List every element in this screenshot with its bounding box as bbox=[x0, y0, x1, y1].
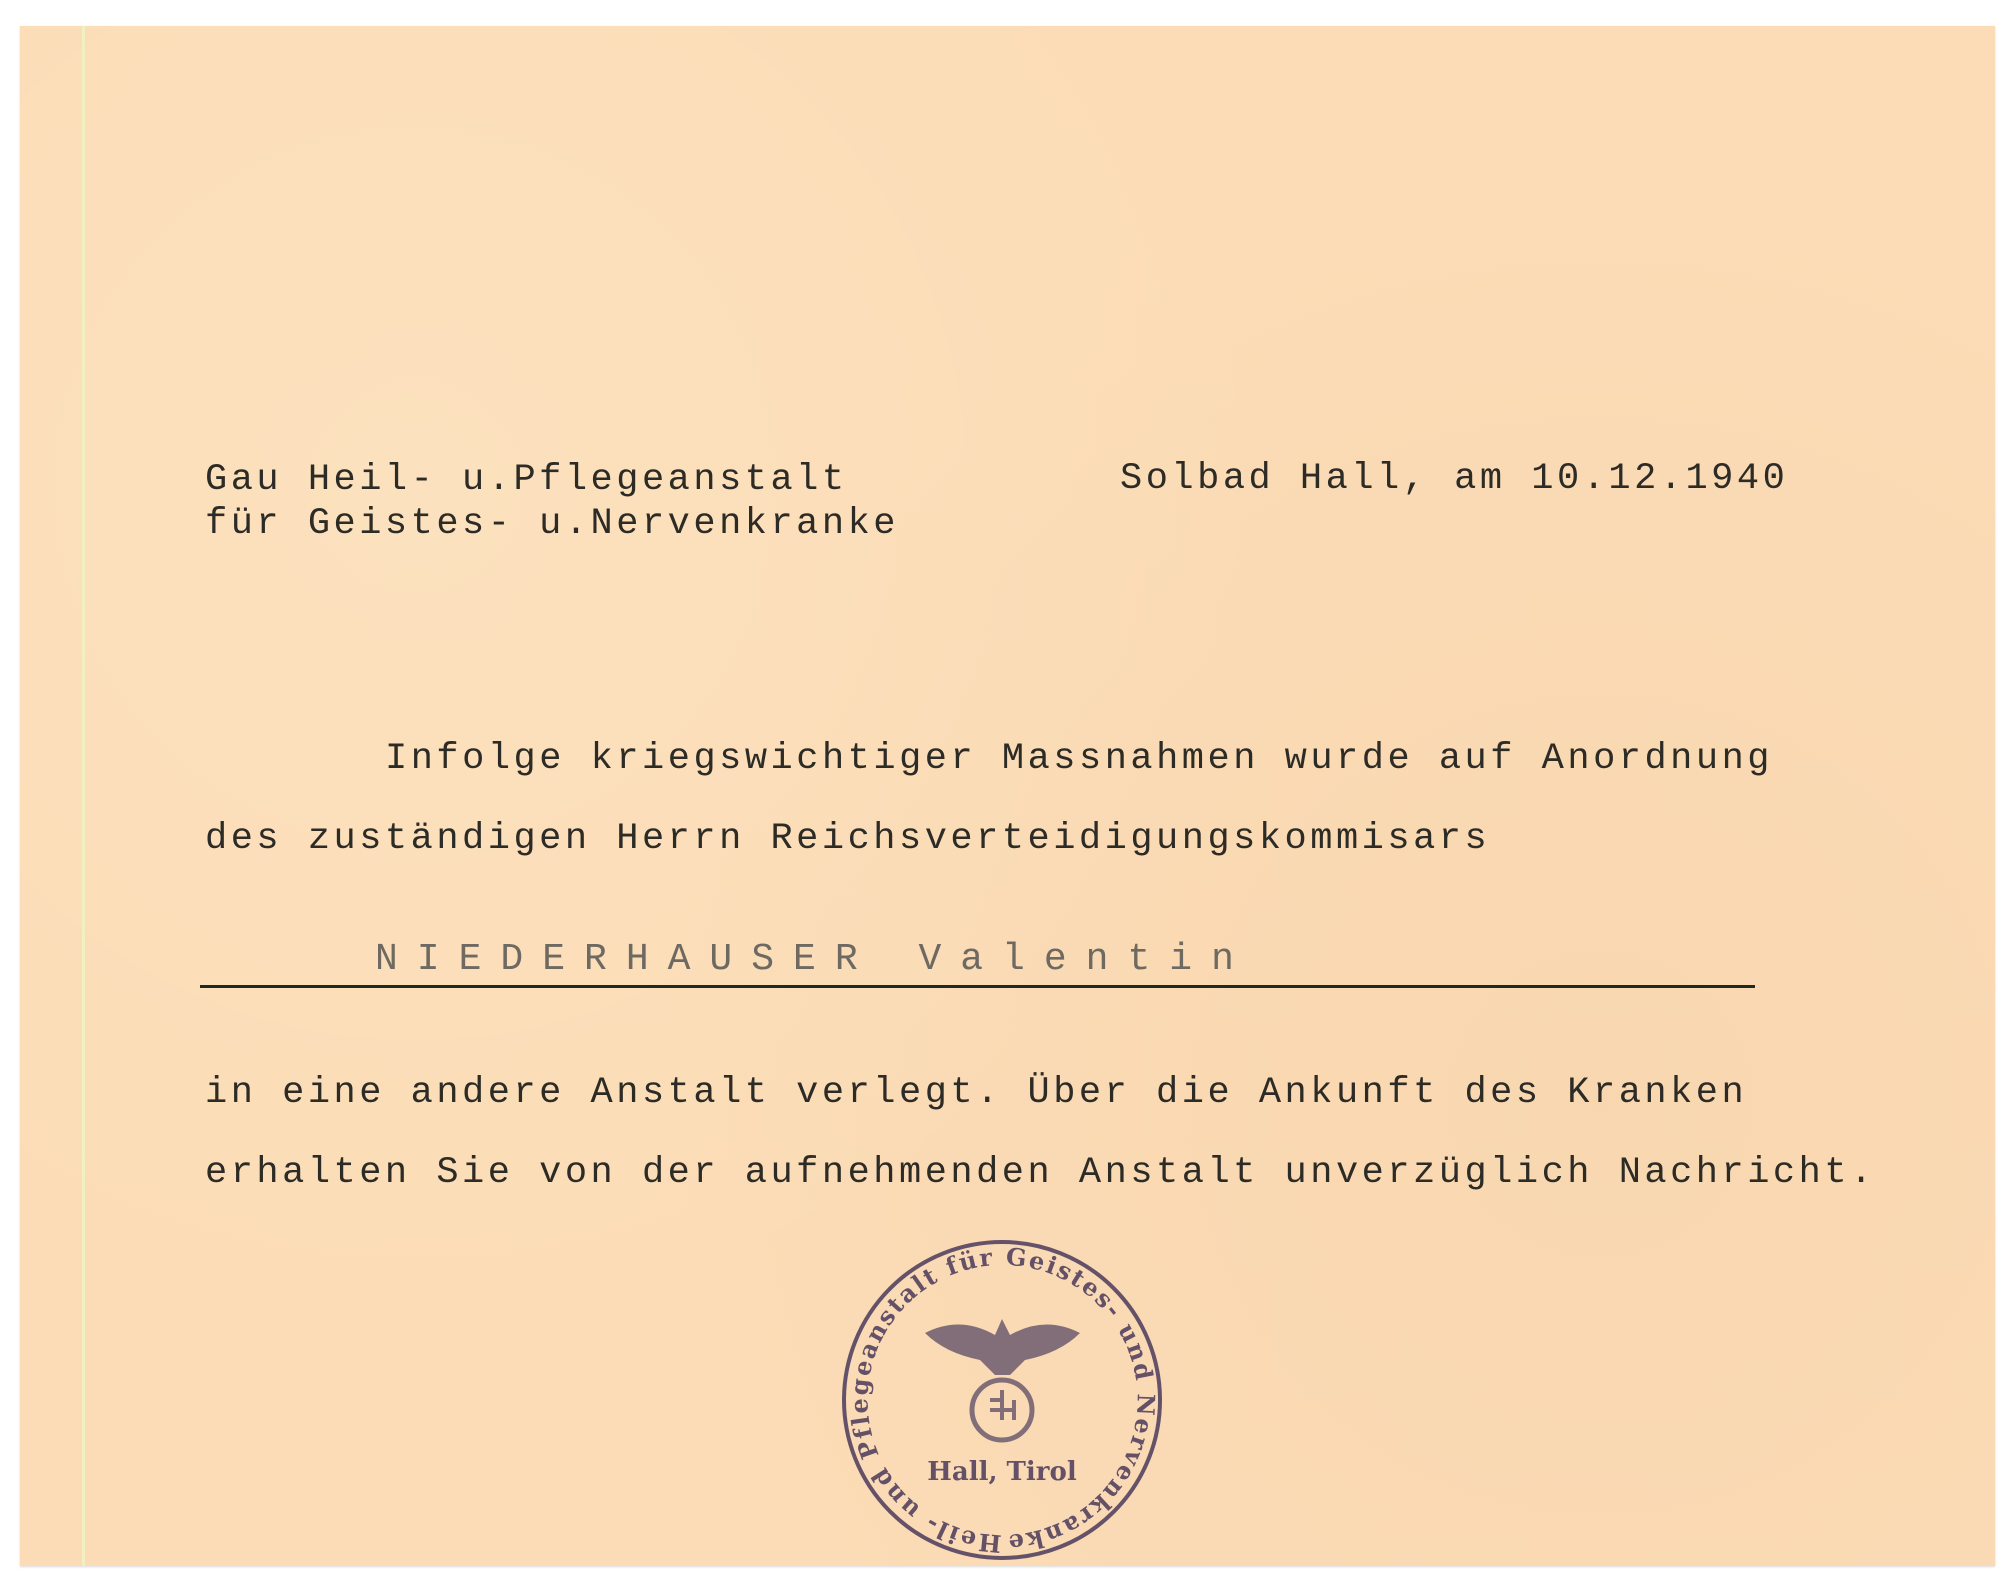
eagle-emblem-icon bbox=[925, 1319, 1080, 1440]
patient-name: NIEDERHAUSER Valentin bbox=[375, 938, 1253, 981]
body-line-1: Infolge kriegswichtiger Massnahmen wurde… bbox=[385, 738, 1773, 780]
sender-block: Gau Heil- u.Pflegeanstaltfür Geistes- u.… bbox=[205, 458, 899, 546]
stamp-seal-icon: Heil- und Pflegeanstalt für Geistes- und… bbox=[830, 1235, 1175, 1565]
svg-text:Hall, Tirol: Hall, Tirol bbox=[927, 1457, 1077, 1487]
official-stamp: Heil- und Pflegeanstalt für Geistes- und… bbox=[830, 1235, 1175, 1565]
body-line-2: des zuständigen Herrn Reichsverteidigung… bbox=[205, 818, 1490, 860]
margin-line bbox=[82, 26, 85, 1566]
body-line-4: erhalten Sie von der aufnehmenden Anstal… bbox=[205, 1152, 1876, 1194]
place-date: Solbad Hall, am 10.12.1940 bbox=[1120, 458, 1788, 500]
sender-line-2: für Geistes- u.Nervenkranke bbox=[205, 502, 899, 546]
sender-line-1: Gau Heil- u.Pflegeanstalt bbox=[205, 458, 899, 502]
name-underline bbox=[200, 985, 1755, 988]
body-line-3: in eine andere Anstalt verlegt. Über die… bbox=[205, 1072, 1747, 1114]
